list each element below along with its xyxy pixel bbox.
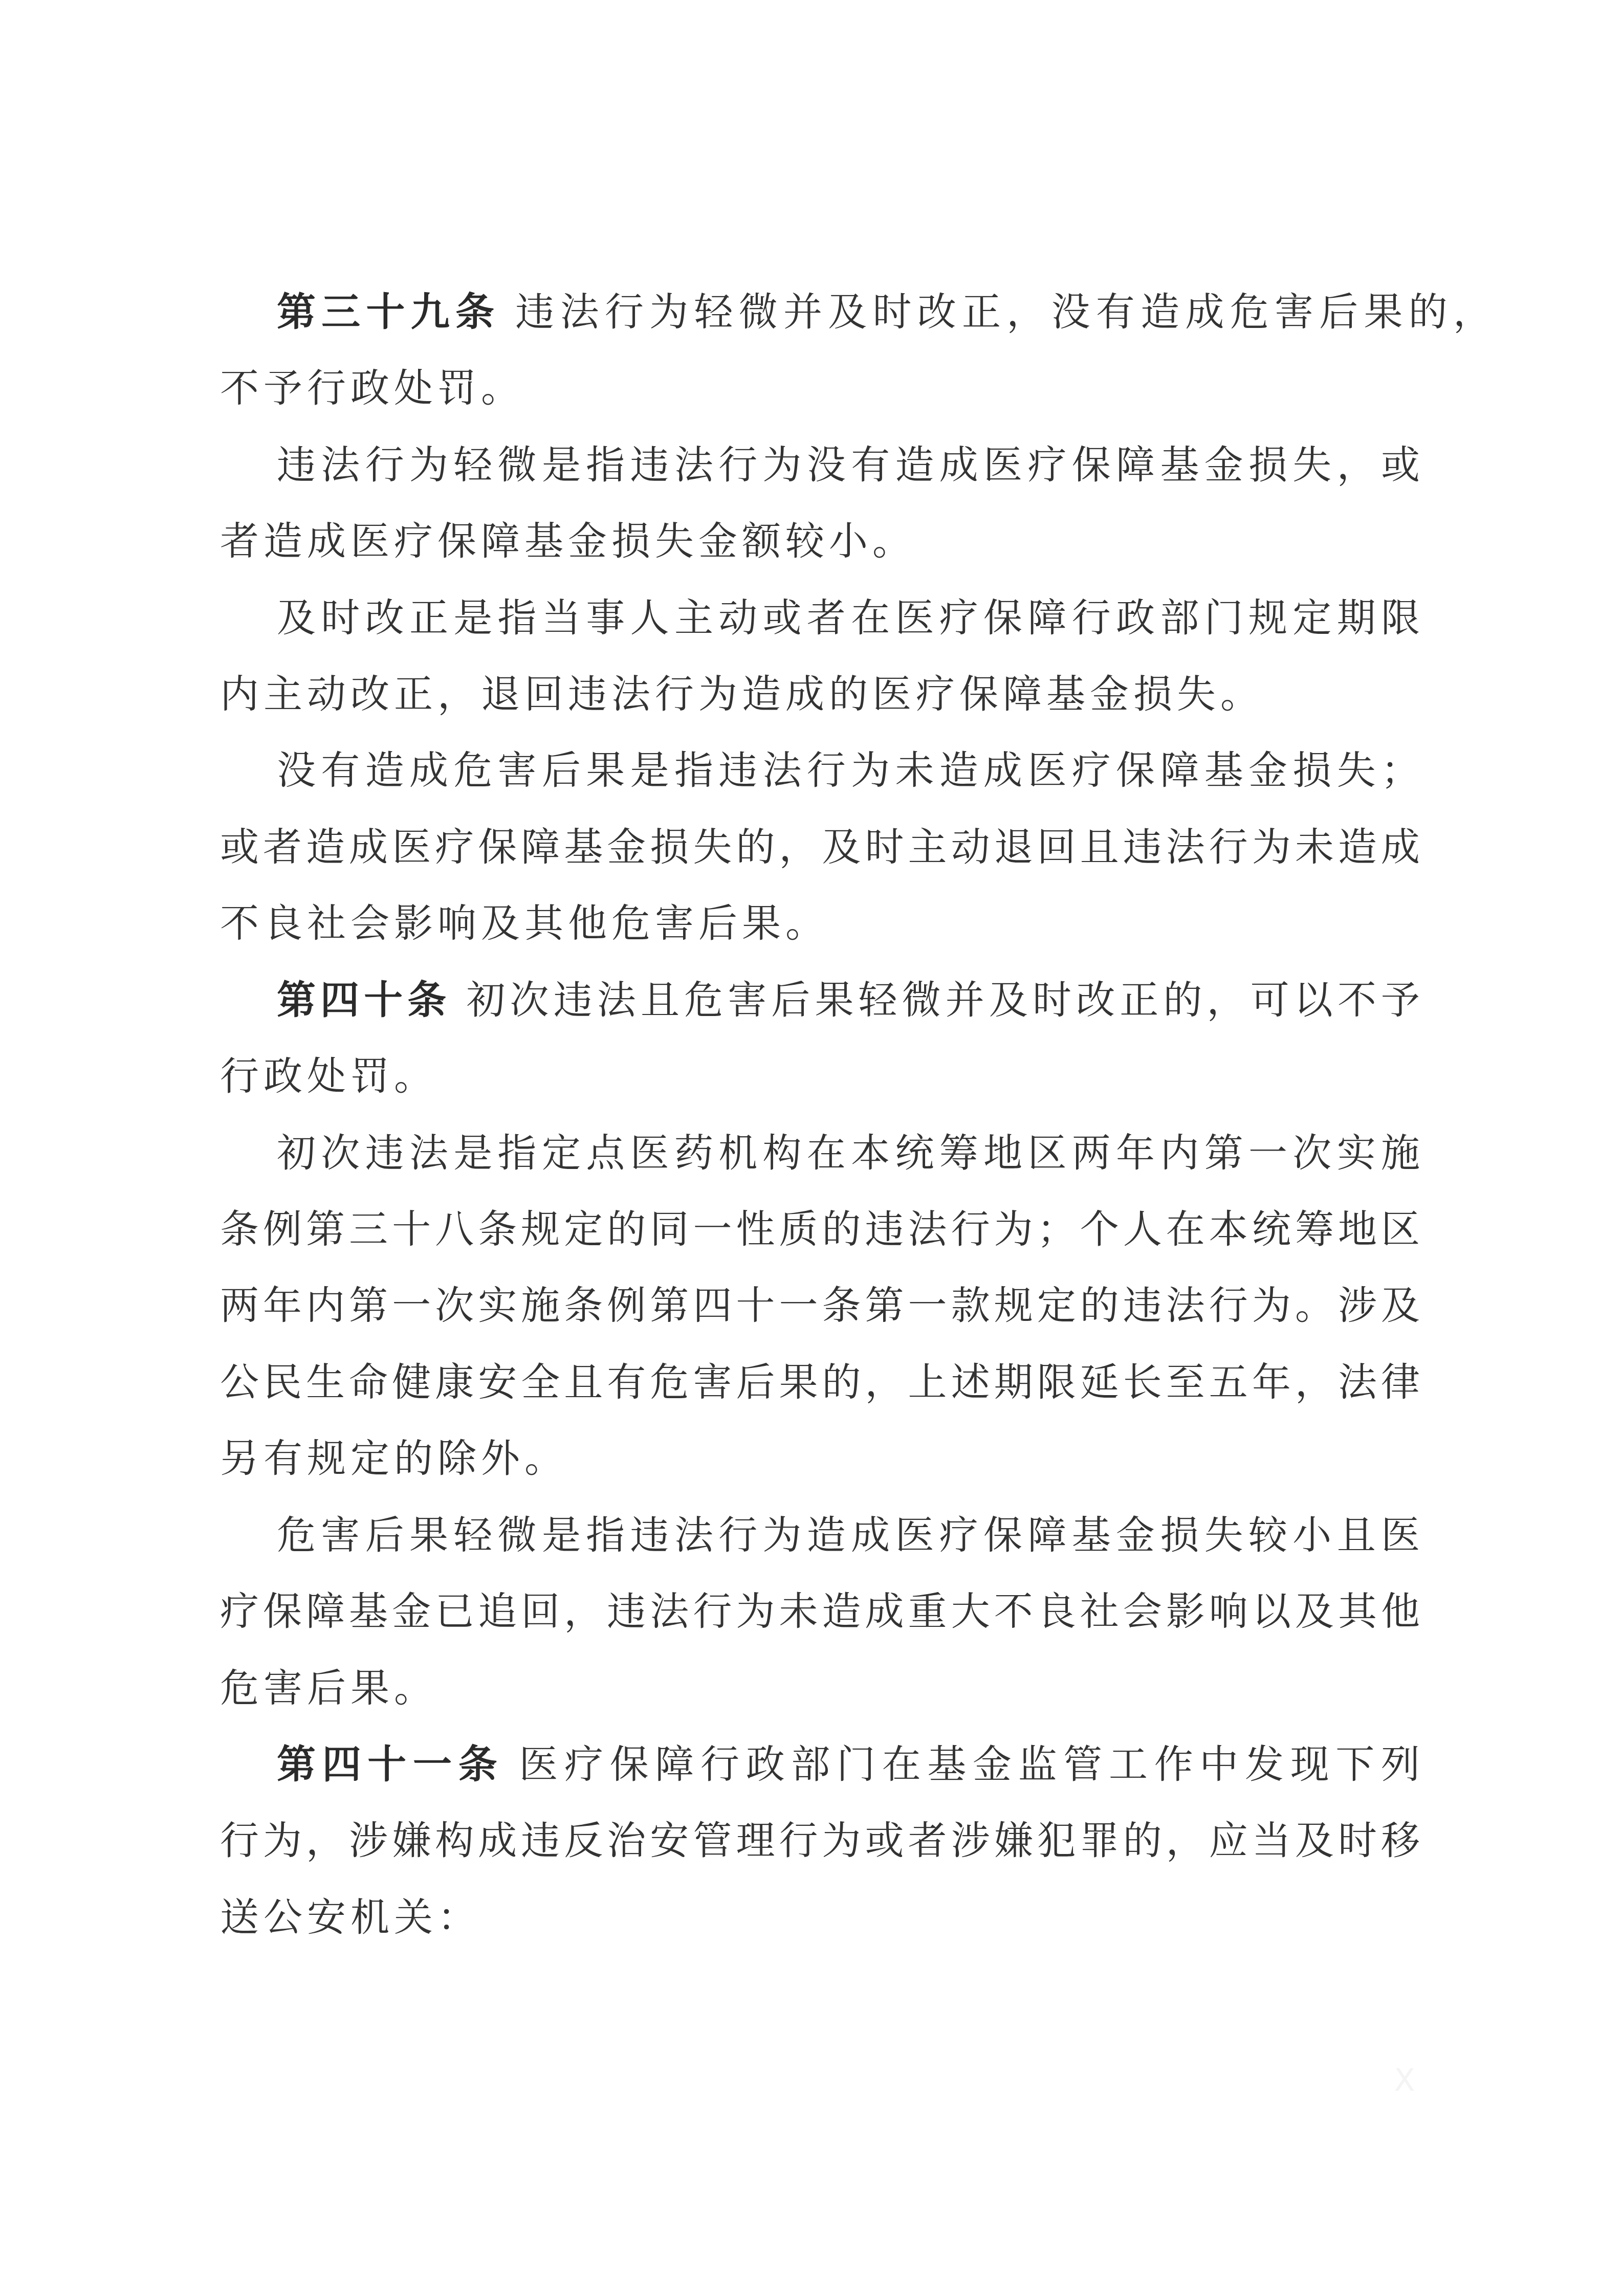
text-line: 另有规定的除外。 bbox=[220, 1436, 1420, 1482]
article-41-first-line: 第四十一条医疗保障行政部门在基金监管工作中发现下列 bbox=[277, 1741, 1420, 1787]
text-line: 两年内第一次实施条例第四十一条第一款规定的违法行为。涉及 bbox=[220, 1283, 1420, 1329]
article-heading: 第四十一条 bbox=[277, 1741, 503, 1787]
text-line: 公民生命健康安全且有危害后果的，上述期限延长至五年，法律 bbox=[220, 1359, 1420, 1405]
text-line: 不良社会影响及其他危害后果。 bbox=[220, 900, 1420, 946]
article-heading: 第三十九条 bbox=[277, 289, 500, 335]
text-line: 内主动改正，退回违法行为造成的医疗保障基金损失。 bbox=[220, 671, 1420, 717]
text-line: 不予行政处罚。 bbox=[220, 365, 1420, 411]
text-line: 违法行为轻微是指违法行为没有造成医疗保障基金损失，或 bbox=[277, 442, 1420, 488]
text-line: 行政处罚。 bbox=[220, 1053, 1420, 1099]
article-heading: 第四十条 bbox=[277, 977, 451, 1023]
text-line: 或者造成医疗保障基金损失的，及时主动退回且违法行为未造成 bbox=[220, 824, 1420, 870]
document-page: 第三十九条违法行为轻微并及时改正，没有造成危害后果的， 不予行政处罚。 违法行为… bbox=[0, 0, 1623, 2296]
text-line: 及时改正是指当事人主动或者在医疗保障行政部门规定期限 bbox=[277, 595, 1420, 641]
text-line: 疗保障基金已追回，违法行为未造成重大不良社会影响以及其他 bbox=[220, 1588, 1420, 1635]
article-text: 违法行为轻微并及时改正，没有造成危害后果的， bbox=[515, 289, 1492, 335]
article-text: 初次违法且危害后果轻微并及时改正的，可以不予 bbox=[466, 977, 1420, 1023]
article-text: 医疗保障行政部门在基金监管工作中发现下列 bbox=[519, 1741, 1420, 1787]
text-line: 者造成医疗保障基金损失金额较小。 bbox=[220, 518, 1420, 564]
text-line: 危害后果轻微是指违法行为造成医疗保障基金损失较小且医 bbox=[277, 1512, 1420, 1558]
text-line: 初次违法是指定点医药机构在本统筹地区两年内第一次实施 bbox=[277, 1130, 1420, 1176]
text-line: 条例第三十八条规定的同一性质的违法行为；个人在本统筹地区 bbox=[220, 1206, 1420, 1252]
text-line: 送公安机关： bbox=[220, 1894, 1420, 1940]
text-line: 危害后果。 bbox=[220, 1665, 1420, 1711]
text-line: 没有造成危害后果是指违法行为未造成医疗保障基金损失； bbox=[277, 747, 1420, 793]
article-39-first-line: 第三十九条违法行为轻微并及时改正，没有造成危害后果的， bbox=[277, 289, 1492, 335]
faint-corner-mark: X bbox=[1393, 2065, 1416, 2096]
article-40-first-line: 第四十条初次违法且危害后果轻微并及时改正的，可以不予 bbox=[277, 977, 1420, 1023]
text-line: 行为，涉嫌构成违反治安管理行为或者涉嫌犯罪的，应当及时移 bbox=[220, 1818, 1420, 1864]
